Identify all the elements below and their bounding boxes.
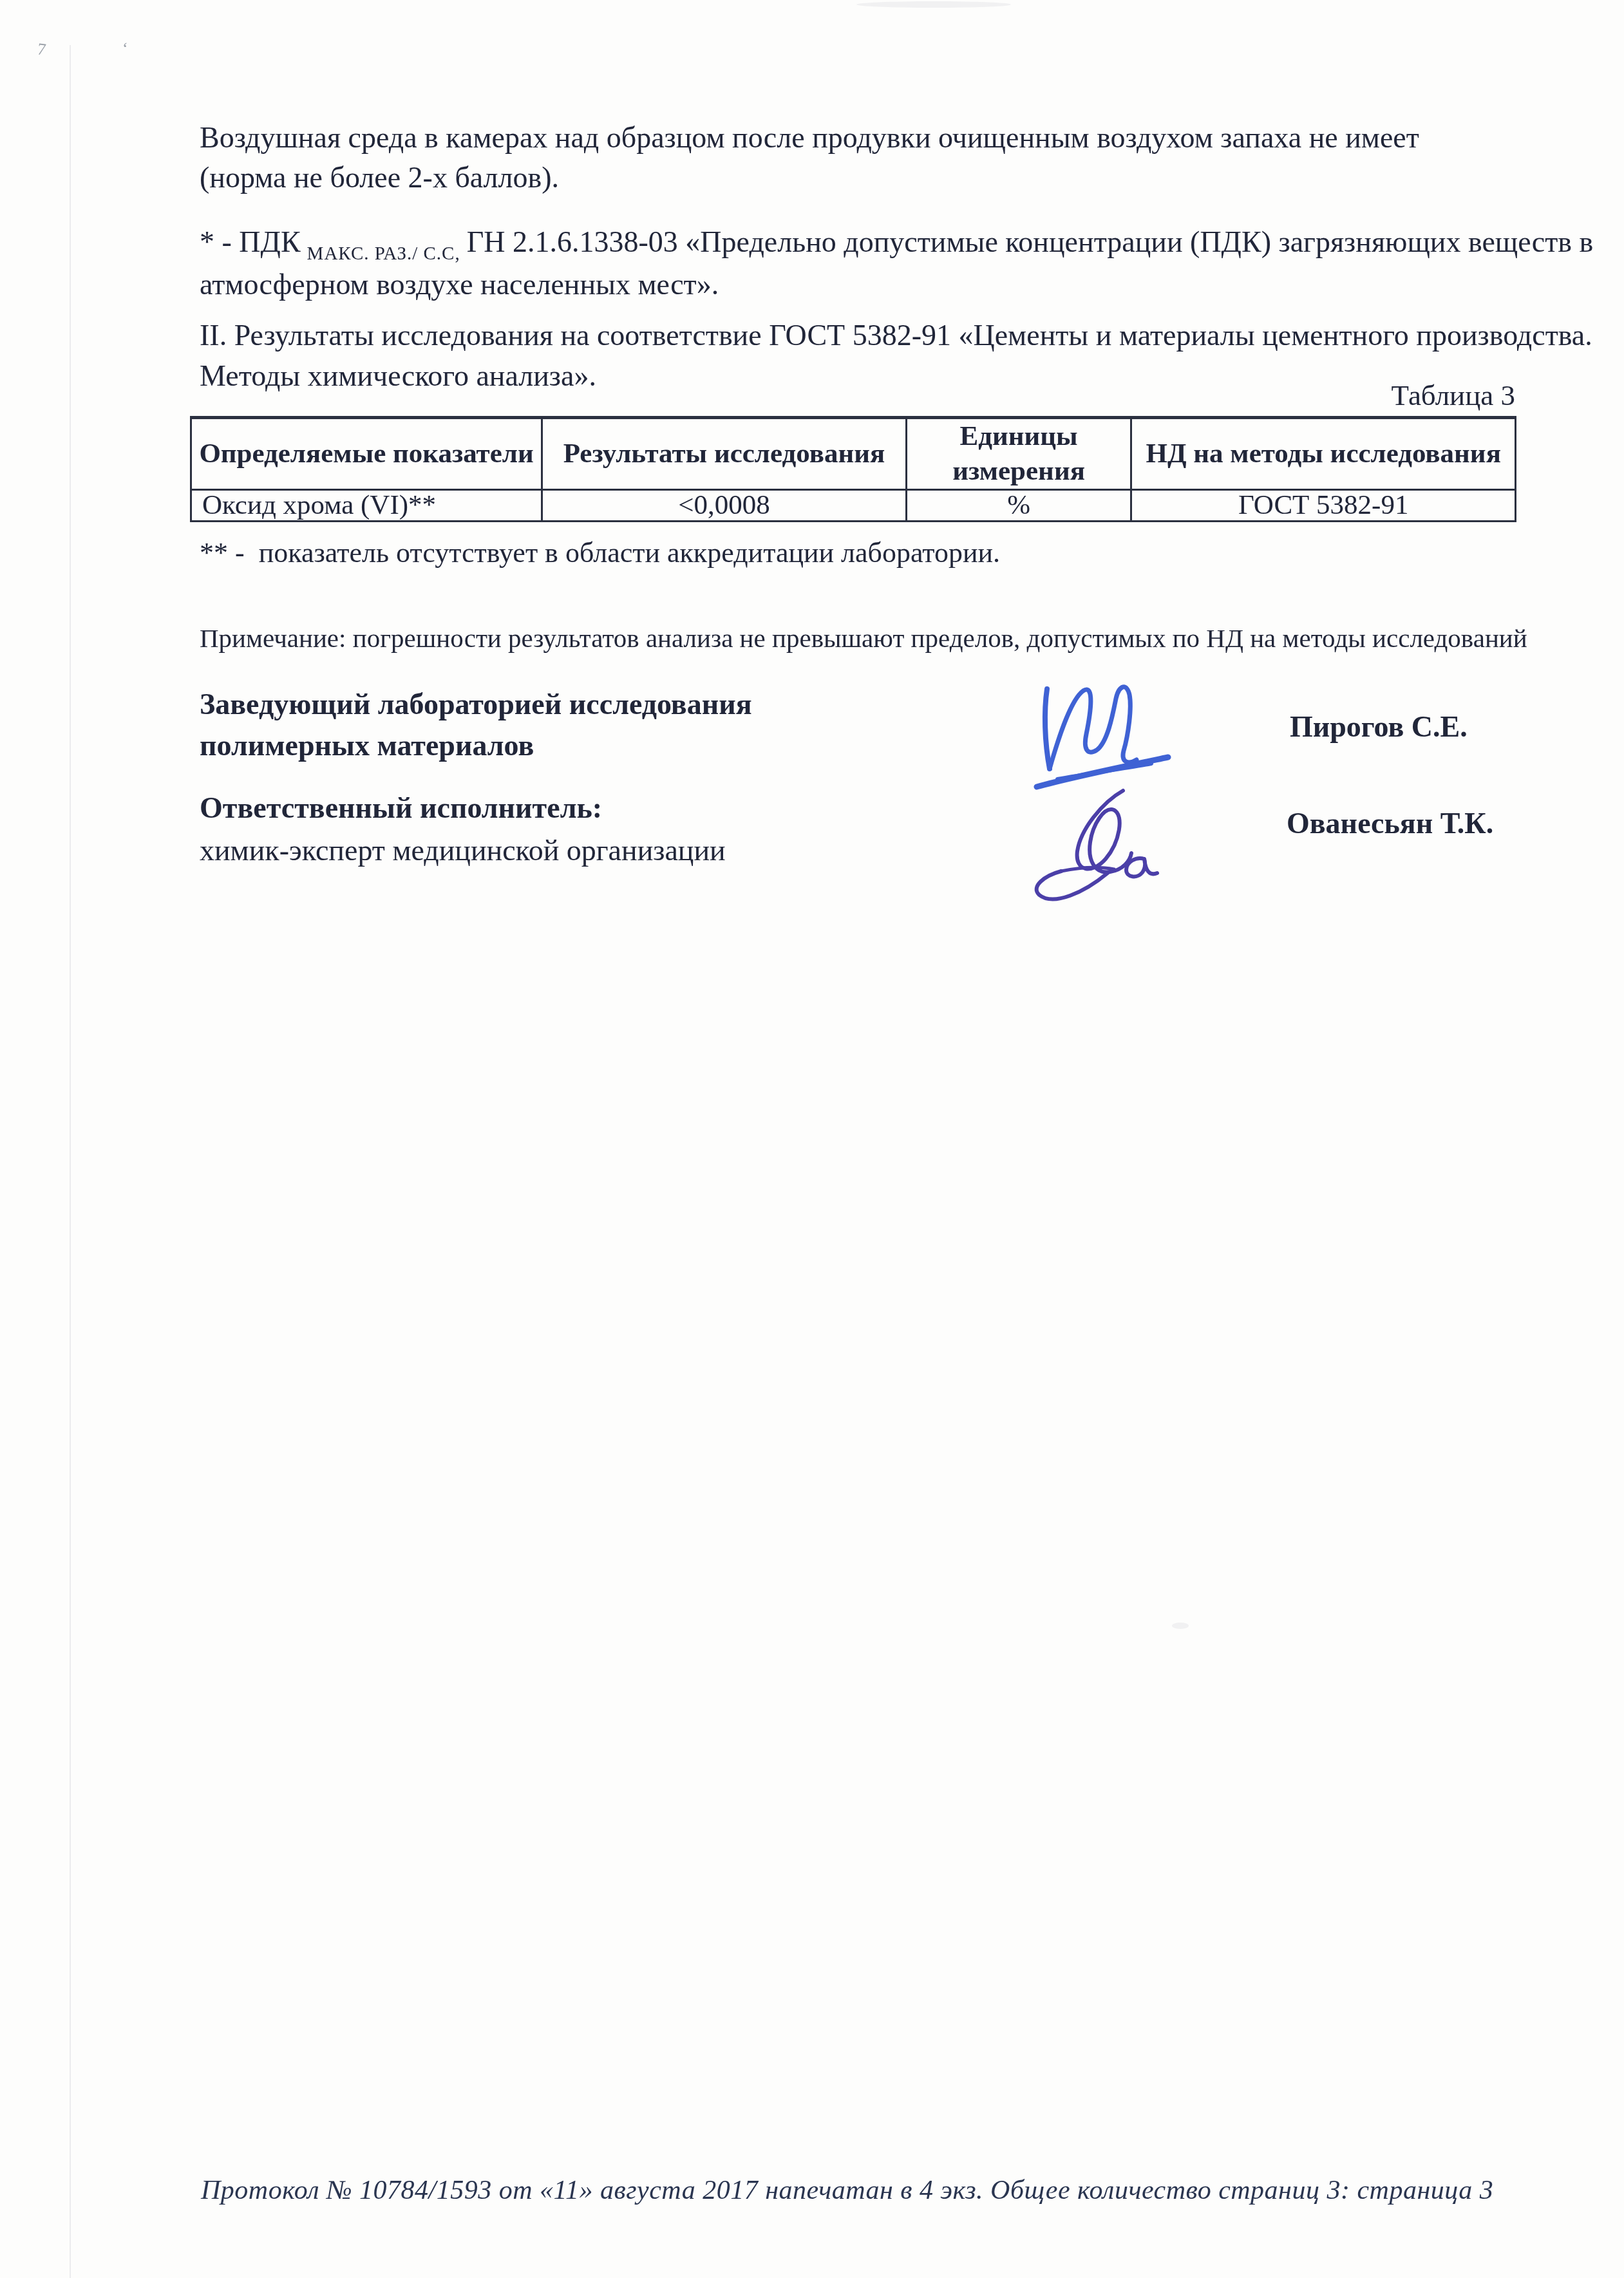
air-statement-line1: Воздушная среда в камерах над образцом п… — [200, 118, 1520, 158]
role2-line2: химик-эксперт медицинской организации — [200, 829, 726, 872]
results-table-container: Определяемые показатели Результаты иссле… — [190, 416, 1516, 522]
note-line: Примечание: погрешности результатов анал… — [200, 619, 1527, 657]
scan-edge-line — [70, 45, 71, 2278]
pdk-footnote-subscript: МАКС. РАЗ./ С.С, — [307, 243, 460, 264]
accreditation-footnote-text: показатель отсутствует в области аккреди… — [259, 537, 1000, 569]
signature1-ink — [1032, 677, 1189, 790]
pdk-footnote-line2: атмосферном воздухе населенных мест». — [200, 265, 1526, 304]
cell-result: <0,0008 — [542, 489, 907, 521]
role1-line1: Заведующий лабораторией исследования — [200, 684, 752, 725]
pdk-footnote-rest: ГН 2.1.6.1338-03 «Предельно допустимые к… — [467, 225, 1594, 258]
accreditation-footnote-marker: ** - — [200, 537, 245, 569]
cell-indicator: Оксид хрома (VI)** — [191, 489, 542, 521]
pdk-footnote-prefix: * - ПДК — [200, 225, 301, 258]
signature2-ink — [1025, 784, 1189, 910]
signer2-name: Ованесьян Т.К. — [1287, 804, 1493, 843]
table-header-results: Результаты исследования — [542, 418, 907, 490]
results-table: Определяемые показатели Результаты иссле… — [190, 416, 1516, 522]
scan-smudge — [856, 1, 1011, 8]
air-statement-paragraph: Воздушная среда в камерах над образцом п… — [200, 118, 1520, 198]
table-caption: Таблица 3 — [200, 379, 1515, 412]
table-header-row: Определяемые показатели Результаты иссле… — [191, 418, 1516, 490]
table-header-indicators: Определяемые показатели — [191, 418, 542, 490]
table-row: Оксид хрома (VI)** <0,0008 % ГОСТ 5382-9… — [191, 489, 1516, 521]
scan-artifact-mark: ʻ — [122, 39, 128, 58]
signer1-name: Пирогов С.Е. — [1290, 707, 1468, 747]
table-header-nd-methods: НД на методы исследования — [1131, 418, 1516, 490]
scan-artifact-mark: 7 — [36, 39, 47, 60]
page-footer: Протокол № 10784/1593 от «11» августа 20… — [201, 2175, 1493, 2206]
pdk-footnote: * - ПДКМАКС. РАЗ./ С.С,ГН 2.1.6.1338-03 … — [200, 223, 1526, 304]
section2-heading-line1: II. Результаты исследования на соответст… — [200, 315, 1526, 355]
role1-line2: полимерных материалов — [200, 725, 752, 766]
cell-nd-method: ГОСТ 5382-91 — [1131, 489, 1516, 521]
air-statement-line2: (норма не более 2-х баллов). — [200, 158, 1520, 198]
pdk-footnote-line1: * - ПДКМАКС. РАЗ./ С.С,ГН 2.1.6.1338-03 … — [200, 223, 1526, 265]
role2-line1: Ответственный исполнитель: — [200, 787, 726, 829]
role2-label: Ответственный исполнитель: химик-эксперт… — [200, 787, 726, 872]
scan-smudge — [1172, 1623, 1189, 1629]
role1-label: Заведующий лабораторией исследования пол… — [200, 684, 752, 766]
cell-unit: % — [906, 489, 1131, 521]
table-header-units: Единицы измерения — [906, 418, 1131, 490]
accreditation-footnote: ** - показатель отсутствует в области ак… — [200, 533, 1000, 573]
